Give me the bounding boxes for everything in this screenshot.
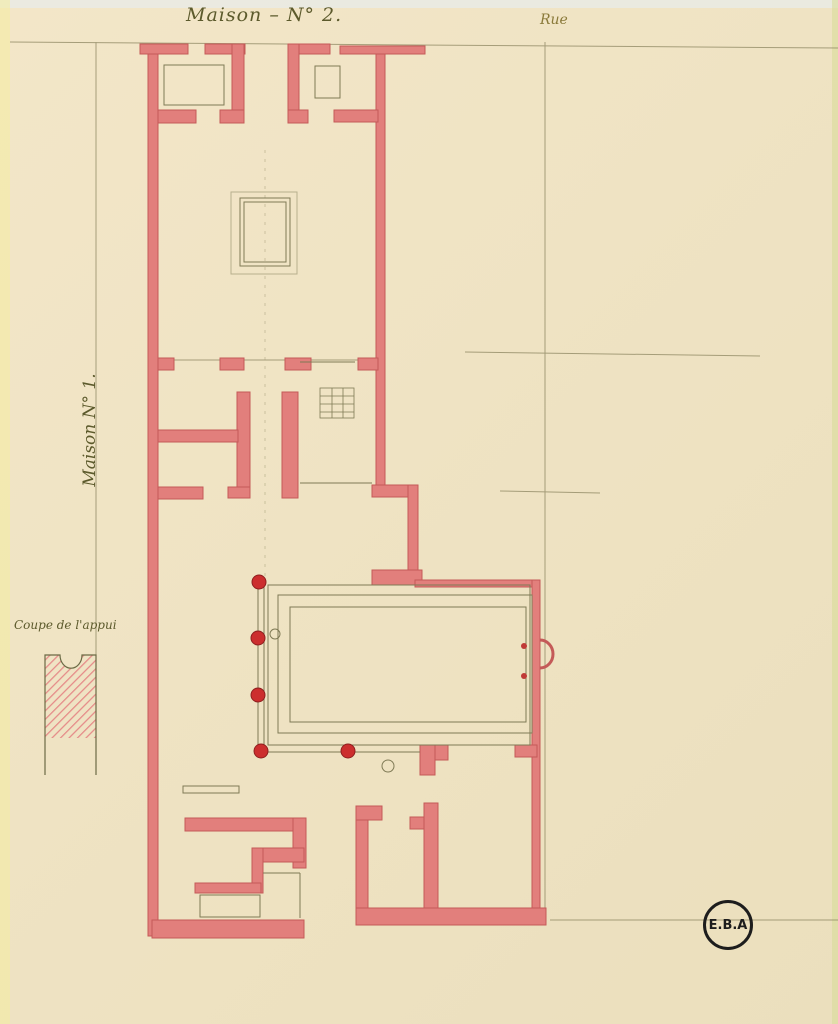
pencil-details xyxy=(164,65,532,918)
street-label: Rue xyxy=(540,12,568,28)
section-label: Coupe de l'appui xyxy=(14,618,117,632)
eba-stamp: E.B.A xyxy=(703,900,753,950)
pencil-guides xyxy=(10,42,838,920)
apse-niche xyxy=(540,640,553,668)
walls xyxy=(140,44,546,938)
adjacent-house-label: Maison N° 1. xyxy=(80,360,100,500)
drawing-title: Maison – N° 2. xyxy=(186,4,342,26)
pilaster xyxy=(521,643,527,649)
columns xyxy=(251,575,355,758)
section-drawing xyxy=(45,655,96,775)
drawing-sheet: Maison – N° 2. Rue Maison N° 1. Coupe de… xyxy=(0,0,838,1024)
floor-plan xyxy=(0,0,838,1024)
pilaster xyxy=(521,673,527,679)
